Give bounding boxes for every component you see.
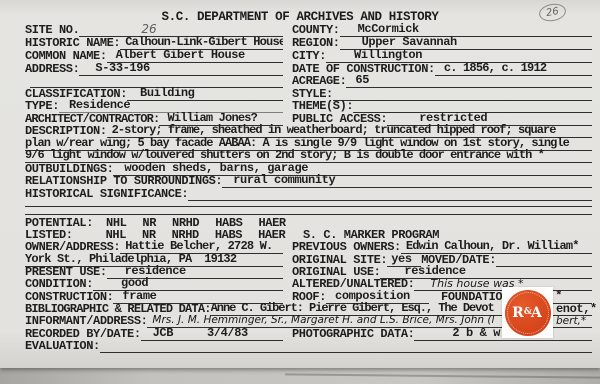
relationship-value: rural community: [222, 174, 592, 188]
city-value: Willington: [326, 49, 592, 63]
evaluation-value: [100, 339, 592, 353]
paper-edge-shadow: [285, 373, 600, 378]
acreage-value: 65: [346, 74, 592, 88]
previous-owners-value: Edwin Calhoun, Dr. William*: [401, 240, 592, 254]
field-historical-significance: HISTORICAL SIGNIFICANCE:: [25, 188, 592, 201]
ra-archive-stamp: R & A: [502, 287, 553, 338]
themes-value: [353, 99, 592, 113]
scanned-survey-card: { "colors": {"paper":"#e3e2de","ink":"#1…: [0, 0, 600, 384]
historical-significance-value: [188, 187, 592, 201]
address-continuation-line: [30, 74, 283, 88]
ra-stamp-dotted-ring: [507, 292, 549, 334]
type-value: Residence: [59, 99, 283, 113]
historic-name-value: Calhoun-Link-Gibert House: [120, 36, 283, 50]
description-line1: 2-story; frame, sheathed in weatherboard…: [107, 124, 592, 138]
owner-address-value: Hattie Belcher, 2728 W.: [120, 240, 283, 254]
site-no-value: 26: [79, 23, 283, 37]
ra-stamp-circle-icon: R & A: [505, 290, 551, 336]
blank-rule-2: [25, 214, 592, 215]
blank-rule-1: [25, 206, 592, 207]
field-evaluation: EVALUATION:: [25, 340, 592, 353]
county-value: McCormick: [340, 23, 592, 37]
condition-value: good: [93, 277, 283, 291]
common-name-value: Albert Gibert House: [107, 49, 283, 63]
form-title: S.C. DEPARTMENT OF ARCHIVES AND HISTORY: [0, 10, 600, 24]
description-line3: 9/6 light window w/louvered shutters on …: [25, 149, 592, 163]
historical-significance-label: HISTORICAL SIGNIFICANCE:: [25, 188, 188, 201]
survey-form-page: S.C. DEPARTMENT OF ARCHIVES AND HISTORY …: [0, 0, 600, 368]
evaluation-label: EVALUATION:: [25, 340, 100, 353]
corner-number: 26: [545, 6, 559, 19]
region-value: Upper Savannah: [340, 36, 592, 50]
